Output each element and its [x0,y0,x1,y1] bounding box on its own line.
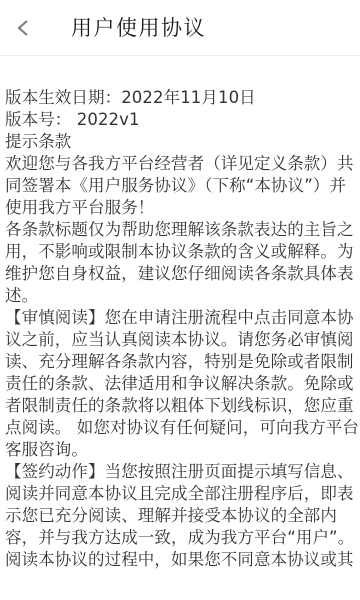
back-button[interactable] [16,16,36,40]
agreement-paragraph-version-number: 版本号： 2022v1 [5,109,355,131]
agreement-text-area[interactable]: 版本生效日期：2022年11月10日 版本号： 2022v1 提示条款 欢迎您与… [0,56,360,600]
appbar: 用户使用协议 [0,0,360,56]
agreement-paragraph-welcome: 欢迎您与各我方平台经营者（详见定义条款）共 同签署本《用户服务协议》（下称“本协… [5,153,355,219]
agreement-paragraph-careful-reading: 【审慎阅读】您在申请注册流程中点击同意本协 议之前，应当认真阅读本协议。请您务必… [5,307,355,461]
agreement-paragraph-notice-heading: 提示条款 [5,131,355,153]
chevron-left-icon [16,19,30,37]
agreement-screen: 用户使用协议 版本生效日期：2022年11月10日 版本号： 2022v1 提示… [0,0,360,600]
agreement-paragraph-titles-note: 各条款标题仅为帮助您理解该条款表达的主旨之 用，不影响或限制本协议条款的含义或解… [5,219,355,307]
page-title: 用户使用协议 [71,0,206,56]
agreement-paragraph-version-date: 版本生效日期：2022年11月10日 [5,87,355,109]
agreement-paragraph-signing-action: 【签约动作】当您按照注册页面提示填写信息、 阅读并同意本协议且完成全部注册程序后… [5,461,355,571]
